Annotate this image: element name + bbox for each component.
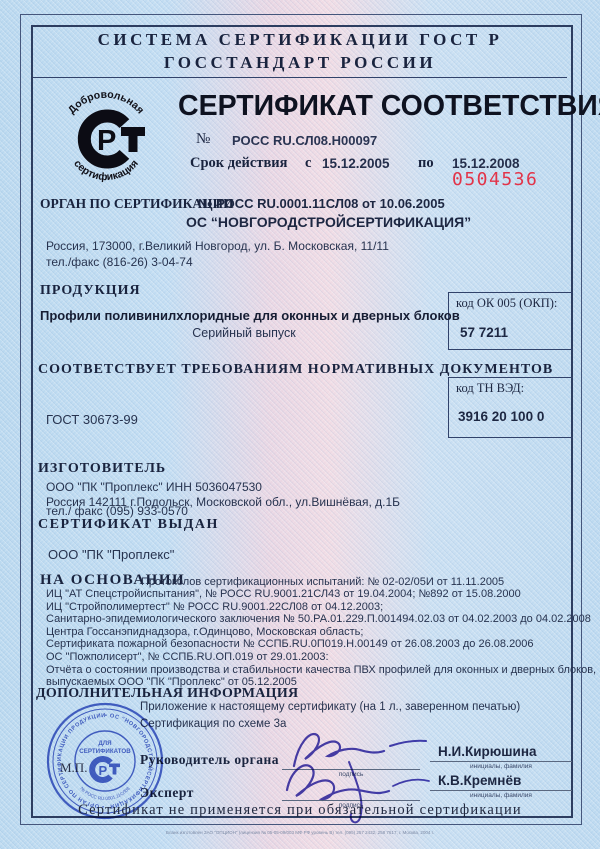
- expert-name-line: [430, 790, 572, 791]
- basis-lines: ИЦ "АТ Спецстройиспытания", № РОСС RU.90…: [46, 588, 596, 689]
- rst-voluntary-certification-logo: Добровольная сертификация Р: [58, 86, 172, 190]
- issued-to-label: СЕРТИФИКАТ ВЫДАН: [38, 517, 219, 533]
- manufacturer-label: ИЗГОТОВИТЕЛЬ: [38, 461, 166, 477]
- issued-to-name: ООО "ПК "Проплекс": [48, 547, 174, 562]
- serial-number: 0504536: [452, 169, 538, 190]
- tnved-code-label: код ТН ВЭД:: [456, 381, 524, 396]
- basis-line: Санитарно-эпидемиологического заключения…: [46, 613, 596, 626]
- product-issue-type: Серийный выпуск: [40, 326, 448, 340]
- basis-line: Сертификата пожарной безопасности № ССПБ…: [46, 638, 596, 651]
- validity-from-word: с: [305, 155, 311, 172]
- certificate-number-label: №: [196, 131, 210, 148]
- standard-reference: ГОСТ 30673-99: [46, 412, 138, 427]
- product-label: ПРОДУКЦИЯ: [40, 283, 141, 299]
- stamp-number: № РОСС RU.0001.11СЛ08: [79, 786, 131, 801]
- certification-body-number: № РОСС RU.0001.11СЛ08 от 10.06.2005: [198, 196, 445, 211]
- stamp-center-line2: СЕРТИФИКАТОВ: [79, 748, 131, 755]
- head-name-line: [430, 761, 572, 762]
- basis-line: ИЦ "Стройполимертест" № РОСС RU.9001.22С…: [46, 601, 596, 614]
- validity-to-word: по: [418, 155, 434, 172]
- logo-letter-p: Р: [97, 125, 116, 157]
- head-name: Н.И.Кирюшина: [438, 744, 536, 759]
- tnved-code-value: 3916 20 100 0: [458, 409, 544, 424]
- certification-body-name: ОС “НОВГОРОДСТРОЙСЕРТИФИКАЦИЯ”: [186, 214, 471, 230]
- certification-body-phone: тел./факс (816-26) 3-04-74: [46, 255, 193, 269]
- stamp-letter-p: Р: [99, 763, 108, 778]
- manufacturer-line: тел./ факс (095) 933-0570: [46, 504, 188, 518]
- stamp-center-line1: ДЛЯ: [98, 740, 112, 747]
- certificate-title: СЕРТИФИКАТ СООТВЕТСТВИЯ: [178, 90, 572, 123]
- basis-line: ОС "Пожполисерт", № ССПБ.RU.ОП.019 от 29…: [46, 651, 596, 664]
- basis-line: Отчёта о состоянии производства и стабил…: [46, 664, 596, 677]
- footer-note: Сертификат не применяется при обязательн…: [33, 802, 567, 819]
- additional-info-line1: Приложение к настоящему сертификату (на …: [140, 701, 520, 713]
- basis-first-line: Протоколов сертификационных испытаний: №…: [141, 576, 504, 588]
- head-signature-flourish: [390, 741, 426, 746]
- okp-code-value: 57 7211: [460, 325, 508, 340]
- svg-text:№ РОСС RU.0001.11СЛ08: № РОСС RU.0001.11СЛ08: [79, 786, 131, 801]
- validity-from-date: 15.12.2005: [322, 156, 390, 171]
- okp-code-label: код ОК 005 (ОКП):: [456, 296, 557, 311]
- expert-signature-flourish: [393, 780, 429, 786]
- name-caption: инициалы, фамилия: [430, 792, 572, 799]
- conformity-label: СООТВЕТСТВУЕТ ТРЕБОВАНИЯМ НОРМАТИВНЫХ ДО…: [38, 362, 553, 378]
- stamp-letter-t-stem: [113, 764, 117, 775]
- system-title-line2: ГОССТАНДАРТ РОССИИ: [33, 53, 567, 73]
- basis-line: ИЦ "АТ Спецстройиспытания", № РОСС RU.90…: [46, 588, 596, 601]
- header-divider: [33, 77, 567, 78]
- certificate-number-value: РОСС RU.СЛ08.Н00097: [232, 133, 377, 148]
- certificate-page: СИСТЕМА СЕРТИФИКАЦИИ ГОСТ Р ГОССТАНДАРТ …: [0, 0, 600, 849]
- validity-label: Срок действия: [190, 155, 287, 172]
- logo-letter-t-stem: [129, 127, 138, 152]
- basis-line: Центра Госсанэпиднадзора, г.Одинцово, Мо…: [46, 626, 596, 639]
- expert-signature-stroke: [287, 765, 389, 799]
- expert-name: К.В.Кремнёв: [438, 773, 521, 788]
- system-title-line1: СИСТЕМА СЕРТИФИКАЦИИ ГОСТ Р: [33, 30, 567, 50]
- product-name: Профили поливинилхлоридные для оконных и…: [40, 308, 448, 323]
- manufacturer-line: ООО "ПК "Проплекс" ИНН 5036047530: [46, 480, 262, 494]
- name-caption: инициалы, фамилия: [430, 763, 572, 770]
- certification-body-address: Россия, 173000, г.Великий Новгород, ул. …: [46, 239, 389, 253]
- print-shop-info: Бланк изготовлен ЗАО "ОПЦИОН" (лицензия …: [0, 830, 600, 835]
